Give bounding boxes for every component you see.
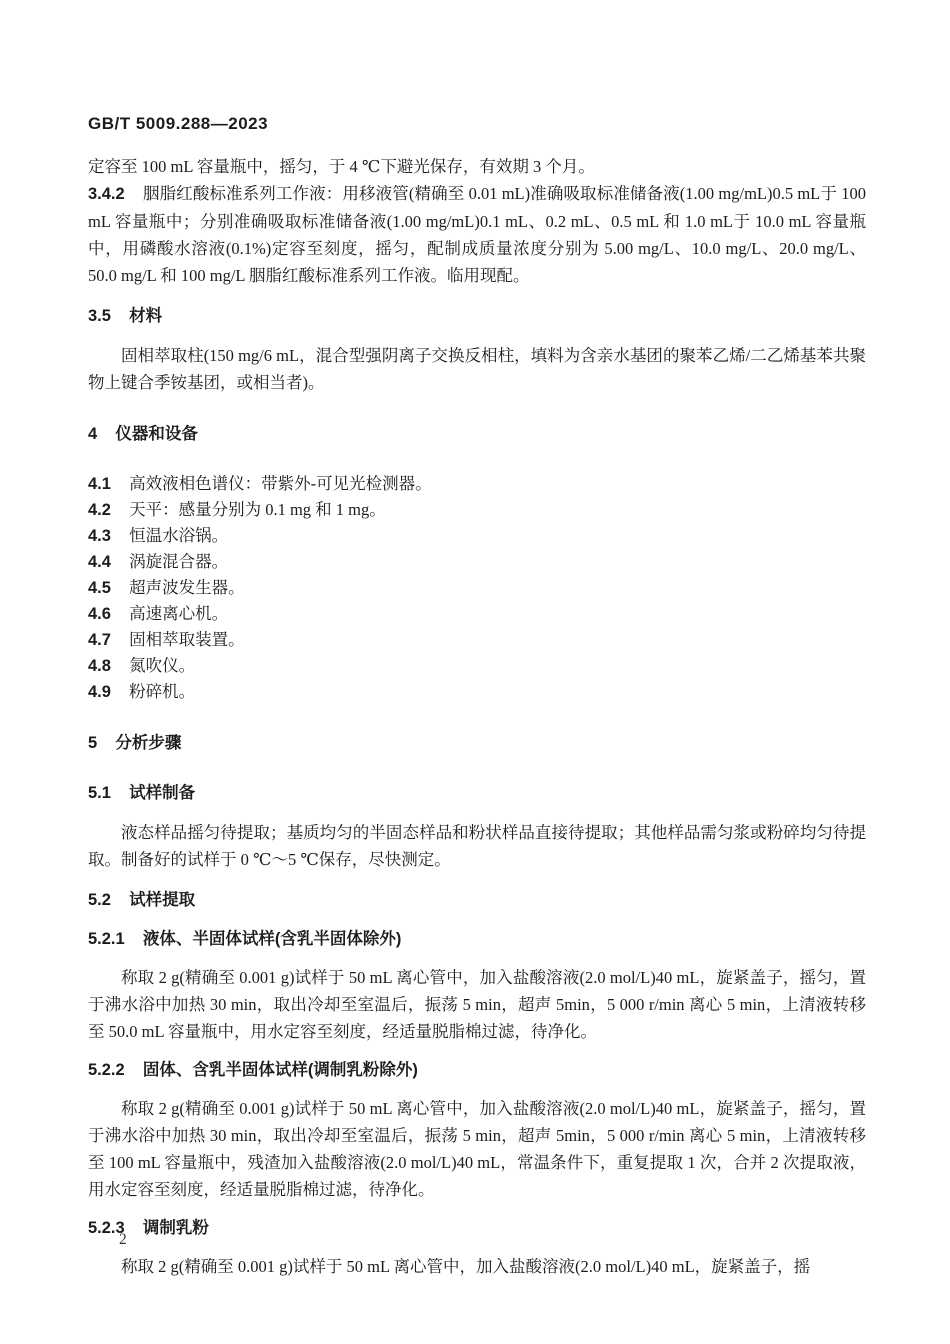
clause-number: 4.7 [88, 631, 111, 649]
section-heading: 5分析步骤 [88, 730, 866, 757]
clause-paragraph: 3.4.2胭脂红酸标准系列工作液：用移液管(精确至 0.01 mL)准确吸取标准… [88, 180, 866, 289]
clause-paragraph: 4.8氮吹仪。 [88, 653, 866, 679]
clause-paragraph: 4.9粉碎机。 [88, 679, 866, 705]
clause-number: 5.1 [88, 784, 111, 802]
clause-number: 4.5 [88, 579, 111, 597]
clause-number: 4.2 [88, 501, 111, 519]
paragraph: 固相萃取柱(150 mg/6 mL，混合型强阴离子交换反相柱，填料为含亲水基团的… [88, 342, 866, 396]
clause-text: 恒温水浴锅。 [129, 526, 228, 545]
paragraph: 称取 2 g(精确至 0.001 g)试样于 50 mL 离心管中，加入盐酸溶液… [88, 964, 866, 1045]
clause-text: 粉碎机。 [129, 682, 195, 701]
paragraph: 定容至 100 mL 容量瓶中，摇匀，于 4 ℃下避光保存，有效期 3 个月。 [88, 153, 866, 180]
section-heading: 4仪器和设备 [88, 421, 866, 448]
paragraph: 称取 2 g(精确至 0.001 g)试样于 50 mL 离心管中，加入盐酸溶液… [88, 1095, 866, 1203]
heading-text: 材料 [129, 307, 162, 325]
clause-text: 胭脂红酸标准系列工作液：用移液管(精确至 0.01 mL)准确吸取标准储备液(1… [88, 184, 866, 285]
page-number: 2 [119, 1231, 127, 1249]
document-page: GB/T 5009.288—2023 定容至 100 mL 容量瓶中，摇匀，于 … [0, 0, 950, 1344]
clause-list: 4.1高效液相色谱仪：带紫外-可见光检测器。4.2天平：感量分别为 0.1 mg… [88, 471, 866, 705]
section-heading: 5.2.2固体、含乳半固体试样(调制乳粉除外) [88, 1057, 866, 1084]
clause-paragraph: 4.3恒温水浴锅。 [88, 523, 866, 549]
clause-paragraph: 4.2天平：感量分别为 0.1 mg 和 1 mg。 [88, 497, 866, 523]
standard-number-header: GB/T 5009.288—2023 [88, 110, 866, 137]
clause-number: 4.4 [88, 553, 111, 571]
clause-paragraph: 4.1高效液相色谱仪：带紫外-可见光检测器。 [88, 471, 866, 497]
clause-paragraph: 4.6高速离心机。 [88, 601, 866, 627]
clause-text: 涡旋混合器。 [129, 552, 228, 571]
clause-number: 5.2 [88, 891, 111, 909]
section-heading: 3.5材料 [88, 303, 866, 330]
clause-number: 5 [88, 734, 97, 752]
clause-paragraph: 4.4涡旋混合器。 [88, 549, 866, 575]
clause-paragraph: 4.5超声波发生器。 [88, 575, 866, 601]
heading-text: 调制乳粉 [143, 1219, 209, 1237]
section-heading: 5.2试样提取 [88, 887, 866, 914]
clause-text: 超声波发生器。 [129, 578, 245, 597]
clause-text: 高速离心机。 [129, 604, 228, 623]
clause-text: 天平：感量分别为 0.1 mg 和 1 mg。 [129, 500, 386, 519]
clause-text: 固相萃取装置。 [129, 630, 245, 649]
clause-number: 4.6 [88, 605, 111, 623]
clause-number: 4.1 [88, 475, 111, 493]
heading-text: 液体、半固体试样(含乳半固体除外) [143, 930, 402, 948]
clause-number: 5.2.2 [88, 1061, 125, 1079]
clause-text: 高效液相色谱仪：带紫外-可见光检测器。 [129, 474, 432, 493]
clause-number: 4 [88, 425, 97, 443]
paragraph: 液态样品摇匀待提取；基质均匀的半固态样品和粉状样品直接待提取；其他样品需匀浆或粉… [88, 819, 866, 873]
heading-text: 仪器和设备 [115, 425, 198, 443]
section-heading: 5.1试样制备 [88, 780, 866, 807]
section-heading: 5.2.3调制乳粉 [88, 1215, 866, 1242]
section-heading: 5.2.1液体、半固体试样(含乳半固体除外) [88, 926, 866, 953]
heading-text: 分析步骤 [115, 734, 181, 752]
heading-text: 试样提取 [129, 891, 195, 909]
clause-number: 5.2.1 [88, 930, 125, 948]
clause-paragraph: 4.7固相萃取装置。 [88, 627, 866, 653]
clause-number: 4.9 [88, 683, 111, 701]
clause-number: 3.5 [88, 307, 111, 325]
heading-text: 固体、含乳半固体试样(调制乳粉除外) [143, 1061, 418, 1079]
clause-text: 氮吹仪。 [129, 656, 195, 675]
document-body: 定容至 100 mL 容量瓶中，摇匀，于 4 ℃下避光保存，有效期 3 个月。3… [88, 153, 866, 1280]
clause-number: 4.8 [88, 657, 111, 675]
paragraph: 称取 2 g(精确至 0.001 g)试样于 50 mL 离心管中，加入盐酸溶液… [88, 1253, 866, 1280]
clause-number: 4.3 [88, 527, 111, 545]
document-content-area: GB/T 5009.288—2023 定容至 100 mL 容量瓶中，摇匀，于 … [88, 110, 866, 1280]
heading-text: 试样制备 [129, 784, 195, 802]
clause-number: 3.4.2 [88, 185, 125, 203]
